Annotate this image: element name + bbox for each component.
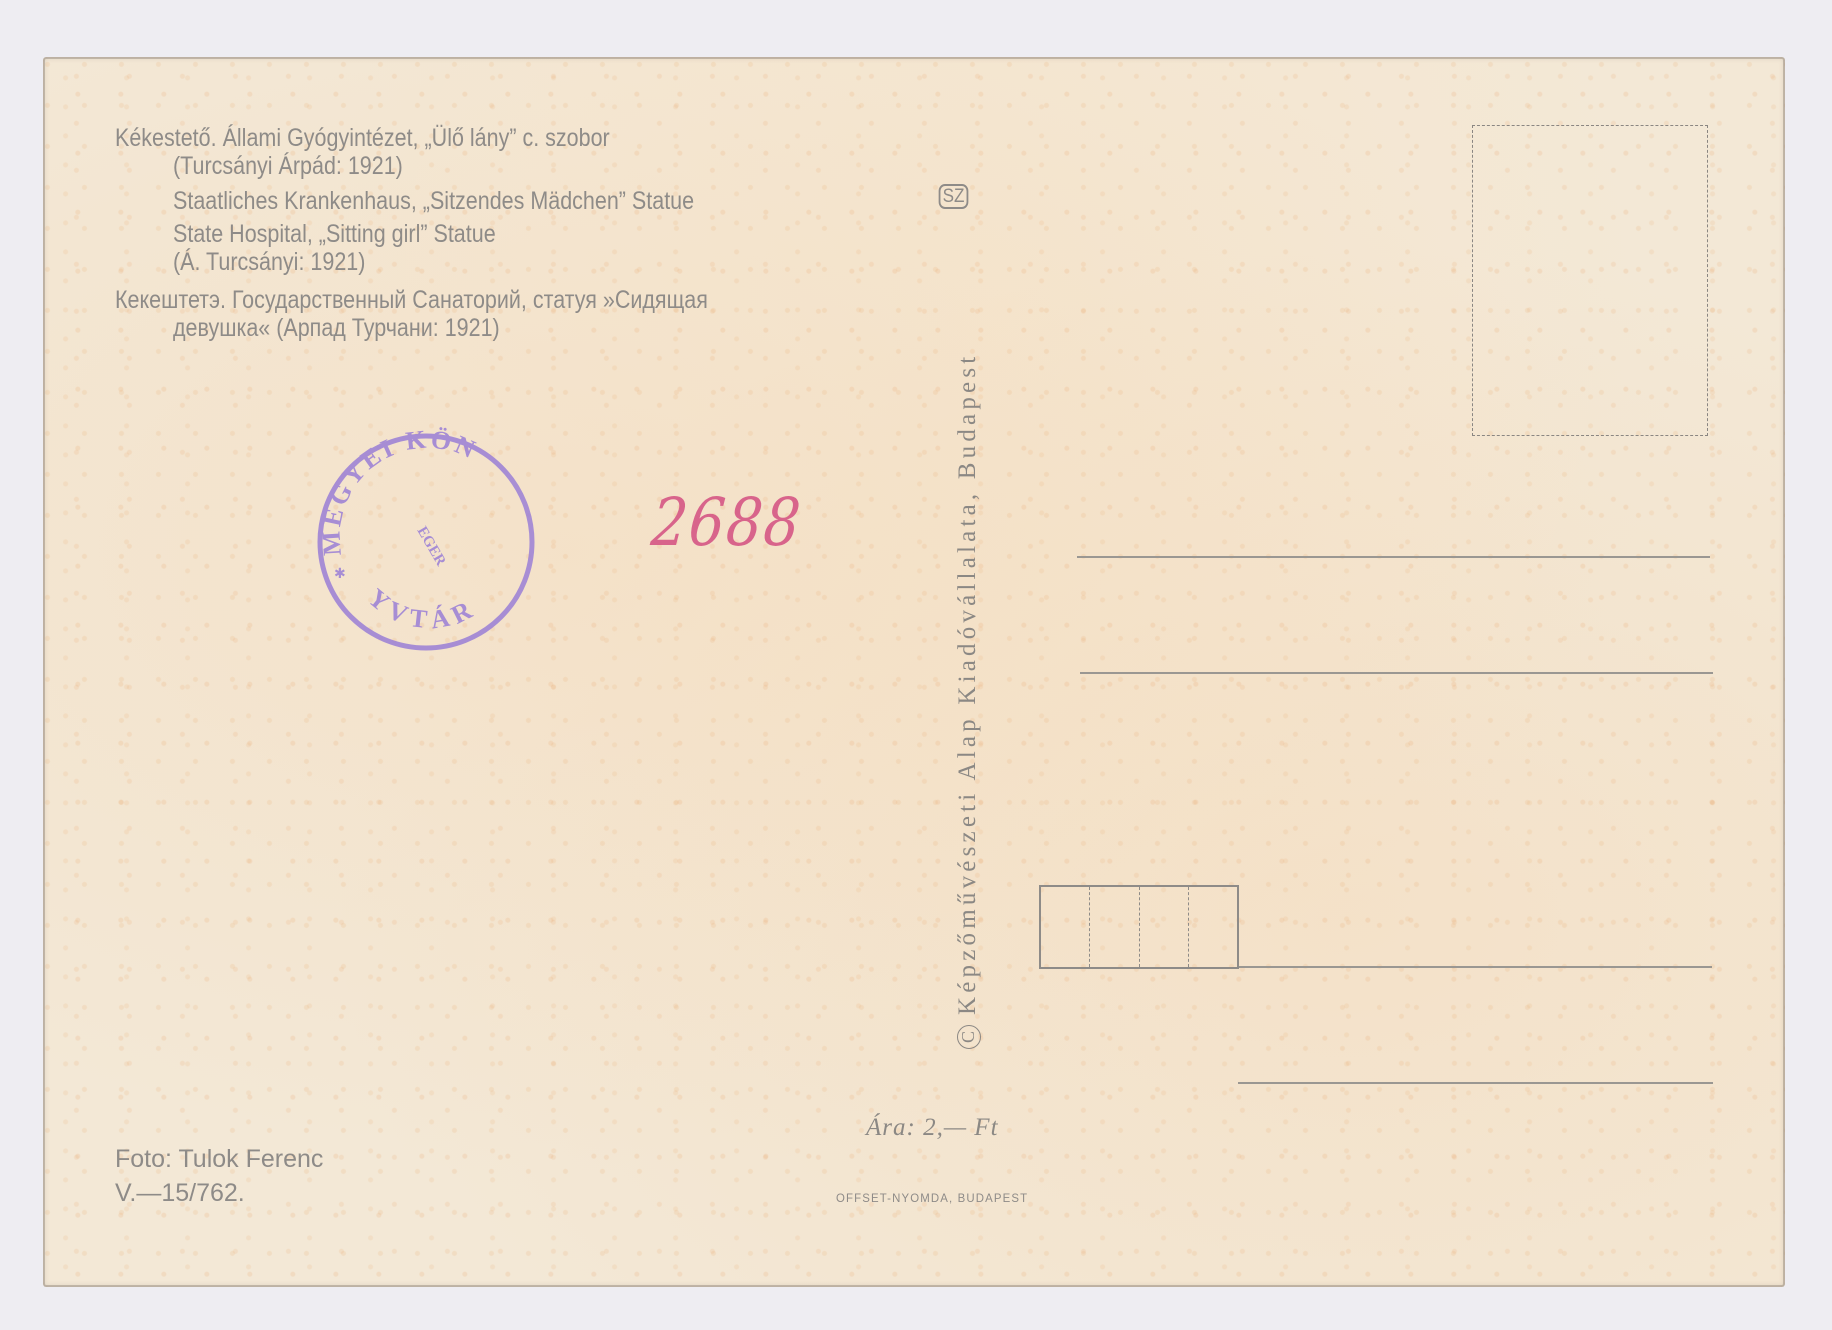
postcode-cell [1089, 887, 1138, 967]
address-line-2 [1080, 672, 1713, 674]
publisher-logo: SZ [939, 184, 969, 209]
caption-hungarian: Kékestető. Állami Gyógyintézet, „Ülő lán… [115, 126, 610, 151]
handwritten-inventory-number: 2688 [649, 488, 805, 558]
stamp-ring-text-bottom: YVTÁR [363, 583, 482, 635]
postcode-box [1039, 885, 1239, 969]
printer-label: OFFSET-NYOMDA, BUDAPEST [836, 1191, 1028, 1205]
address-line-1 [1077, 556, 1710, 558]
stamp-center-text: EGER [414, 524, 449, 569]
caption-russian: Кекештетэ. Государственный Санаторий, ст… [115, 288, 708, 313]
postcode-cell [1139, 887, 1188, 967]
stamp-star-icon: ✱ [334, 565, 346, 581]
caption-german: Staatliches Krankenhaus, „Sitzendes Mädc… [173, 189, 694, 214]
caption-hungarian-artist: (Turcsányi Árpád: 1921) [173, 154, 403, 179]
stamp-ring-text: MEGYEI KÖN [316, 425, 482, 557]
price-label: Ára: 2,— Ft [866, 1114, 999, 1142]
address-line-4 [1238, 1082, 1713, 1084]
postcode-cell [1188, 887, 1237, 967]
publisher-name: Képzőművészeti Alap Kiadóvállalata, Buda… [954, 353, 981, 1015]
address-line-3 [1239, 966, 1712, 968]
postage-stamp-box [1472, 125, 1708, 436]
reference-number: V.—15/762. [115, 1181, 245, 1206]
library-stamp: MEGYEI KÖN YVTÁR EGER ✱ [312, 425, 542, 655]
postcode-cell [1041, 887, 1089, 967]
caption-english-artist: (Á. Turcsányi: 1921) [173, 250, 365, 275]
publisher-vertical-text: CKépzőművészeti Alap Kiadóvállalata, Bud… [955, 353, 981, 1049]
caption-russian-artist: девушка« (Арпад Турчани: 1921) [173, 316, 500, 341]
copyright-icon: C [957, 1025, 981, 1049]
photo-credit: Foto: Tulok Ferenc [115, 1147, 323, 1172]
caption-english: State Hospital, „Sitting girl” Statue [173, 222, 496, 247]
